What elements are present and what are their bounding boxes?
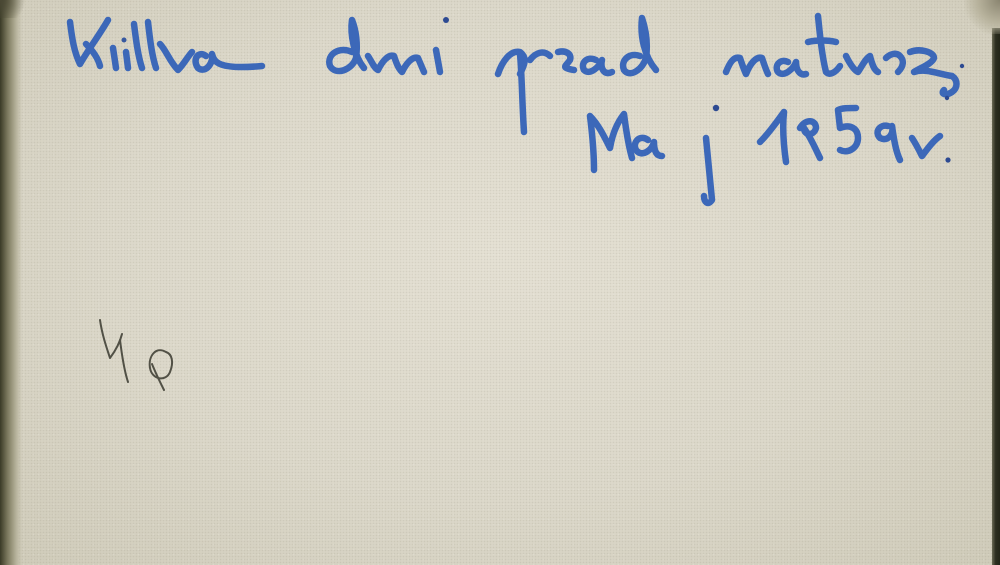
photo-back: Kilka dni przed maturą. Maj 1959 r. 40	[0, 0, 1000, 565]
blue-ink-inscription	[70, 16, 964, 203]
handwriting	[0, 0, 1000, 565]
pencil-number-40	[100, 320, 172, 390]
